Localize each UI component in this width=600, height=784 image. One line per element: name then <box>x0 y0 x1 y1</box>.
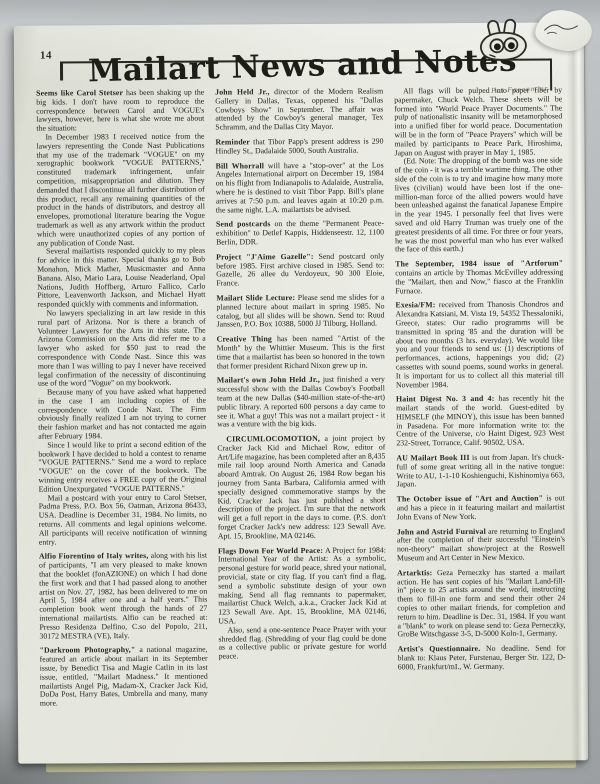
article-paragraph: (Ed. Note: The dropping of the bomb was … <box>395 157 564 255</box>
article-paragraph: The October issue of "Art and Auction" i… <box>397 495 565 522</box>
newsletter-page: 14 Mailart News and Notes Pat Fasenmier <box>14 22 588 763</box>
news-column-3: All flags will be pulped into paper fibe… <box>394 86 566 737</box>
article-paragraph: Mail a postcard with your entry to Carol… <box>39 493 207 547</box>
article-paragraph: Bill Whorrall will have a "stop-over" at… <box>216 161 384 215</box>
article-lead-in: The October issue of "Art and Auction" <box>397 494 544 504</box>
bunny-face-doodle-icon <box>474 19 532 76</box>
article-paragraph: "Darkroom Photography," a national magaz… <box>40 646 208 709</box>
article-paragraph: AU Mailart Book III is out from Japan. I… <box>396 453 564 489</box>
article-lead-in: "Darkroom Photography," <box>40 645 136 655</box>
scanned-newsletter-photo: 14 Mailart News and Notes Pat Fasenmier <box>0 0 600 784</box>
article-lead-in: Reminder <box>215 137 250 146</box>
article-paragraph: All flags will be pulped into paper fibe… <box>394 86 562 157</box>
article-lead-in: John Held Jr., <box>215 87 269 96</box>
article-paragraph: John Held Jr., director of the Modern Re… <box>215 87 383 132</box>
article-lead-in: Bill Whorrall <box>216 161 265 170</box>
article-columns: Seems like Carol Stetser has been shakin… <box>36 86 566 739</box>
article-paragraph: Because many of you have asked what happ… <box>38 388 206 442</box>
page-header: 14 Mailart News and Notes Pat Fasenmier <box>38 52 558 89</box>
article-paragraph: Reminder that Tibor Papp's present addre… <box>215 137 383 156</box>
article-lead-in: Flags Down For World Peace: <box>218 546 323 556</box>
article-paragraph: Haint Digest No. 3 and 4: has recently h… <box>396 395 564 449</box>
article-lead-in: The September, 1984 issue of "Artforum" <box>395 259 563 269</box>
article-paragraph: Also, send a one-sentence Peace Prayer w… <box>218 625 386 661</box>
news-column-2: John Held Jr., director of the Modern Re… <box>215 87 387 738</box>
article-lead-in: Seems like Carol Stetser <box>36 89 123 98</box>
article-paragraph: Alfio Fiorentino of Italy writes, along … <box>39 552 208 641</box>
article-lead-in: AU Mailart Book III <box>396 453 469 462</box>
article-paragraph: No lawyers specializing in art law resid… <box>37 309 205 389</box>
article-paragraph: Since I would like to print a second edi… <box>38 440 206 494</box>
article-lead-in: Mailart's own John Held Jr., <box>217 375 320 385</box>
article-lead-in: Exesia/FM: <box>395 301 435 310</box>
article-paragraph: Flags Down For World Peace: A Project fo… <box>218 546 386 626</box>
news-column-1: Seems like Carol Stetser has been shakin… <box>36 89 208 740</box>
article-paragraph: Send postcards on the theme "Permanent P… <box>216 220 384 247</box>
page-fold <box>567 22 590 760</box>
pen-scribble-icon <box>541 16 583 42</box>
article-lead-in: Artist's Questionnaire. <box>398 644 481 654</box>
article-lead-in: Alfio Fiorentino of Italy writes, <box>39 551 149 561</box>
article-paragraph: Mailart's own John Held Jr., just finish… <box>217 376 385 430</box>
article-paragraph: Mailart Slide Lecture: Please send me sl… <box>216 293 384 329</box>
article-paragraph: In December 1983 I received notice from … <box>36 133 205 248</box>
article-lead-in: Project "J'Aime Gazelle": <box>216 252 313 262</box>
article-paragraph: John and Astrid Furnival are returning t… <box>397 527 565 563</box>
article-paragraph: Artist's Questionnaire. No deadline. Sen… <box>398 645 566 672</box>
page-number: 14 <box>40 50 52 62</box>
article-paragraph: Several mailartists responded quickly to… <box>37 247 205 310</box>
article-paragraph: Project "J'Aime Gazelle": Send postcard … <box>216 252 384 288</box>
article-paragraph: Artarktis: Geza Perneczky has started a … <box>397 568 565 639</box>
article-lead-in: Artarktis: <box>397 568 432 577</box>
article-paragraph: The September, 1984 issue of "Artforum" … <box>395 260 563 296</box>
article-lead-in: John and Astrid Furnival <box>397 527 486 537</box>
article-paragraph: Exesia/FM: received from Thanosis Chondr… <box>395 301 564 390</box>
article-lead-in: Haint Digest No. 3 and 4: <box>396 394 494 404</box>
article-paragraph: CIRCUMLOCOMOTION, a joint project by Cra… <box>217 435 386 542</box>
page-title: Mailart News and Notes <box>88 46 513 88</box>
article-paragraph: Creative Thing has been named "Artist of… <box>217 335 385 371</box>
article-lead-in: Creative Thing <box>217 334 272 343</box>
article-lead-in: Send postcards <box>216 220 271 229</box>
article-lead-in: CIRCUMLOCOMOTION, <box>226 434 320 444</box>
article-lead-in: Mailart Slide Lecture: <box>216 293 295 302</box>
article-paragraph: Seems like Carol Stetser has been shakin… <box>36 89 204 134</box>
